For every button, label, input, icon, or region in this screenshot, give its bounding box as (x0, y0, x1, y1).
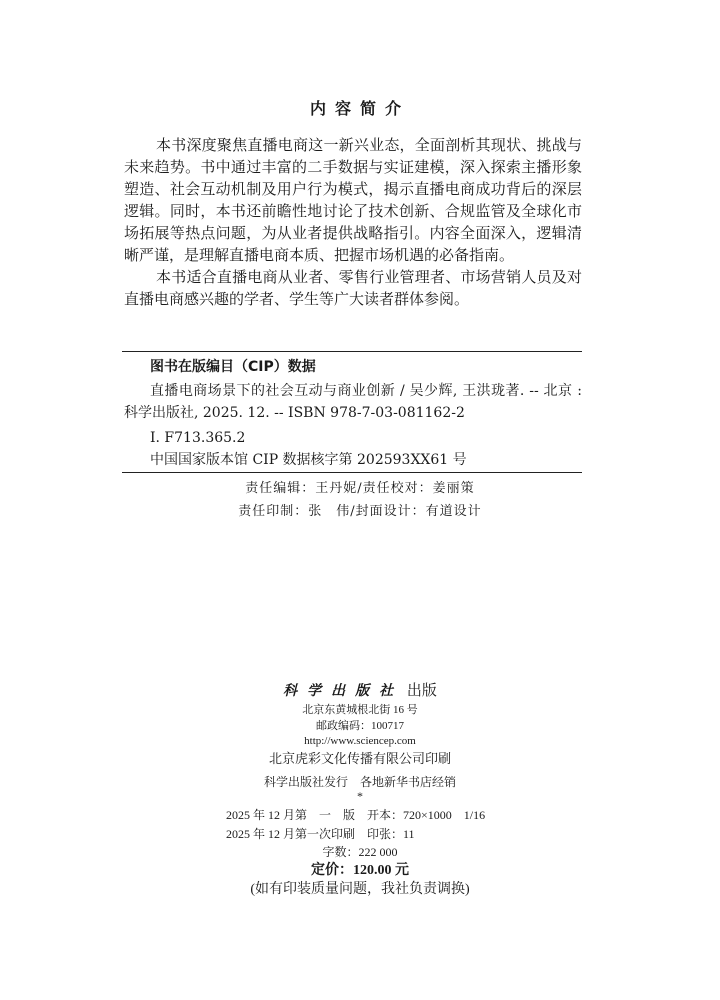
edition-info: 2025 年 12 月第 一 版 开本：720×1000 1/16 (226, 806, 526, 824)
postcode: 邮政编码：100717 (0, 718, 720, 734)
cip-entry: 直播电商场景下的社会互动与商业创新 / 吴少辉, 王洪珑著. -- 北京 : 科… (124, 380, 582, 424)
price: 定价：120.00 元 (0, 861, 720, 881)
cip-bottom-divider (122, 472, 582, 473)
publisher-website: http://www.sciencep.com (0, 733, 720, 749)
publisher-line: 科学出版社 出版 (0, 681, 720, 701)
cip-classification: Ⅰ. F713.365.2 (150, 428, 245, 448)
publisher-suffix: 出版 (407, 683, 437, 699)
cip-top-divider (122, 351, 582, 352)
cip-heading: 图书在版编目（CIP）数据 (150, 357, 316, 377)
printer: 北京虎彩文化传播有限公司印刷 (0, 750, 720, 768)
printing-info: 2025 年 12 月第一次印刷 印张：11 (226, 825, 526, 843)
section-title-intro: 内容简介 (0, 98, 720, 120)
publisher-logo: 科学出版社 (283, 683, 403, 699)
cip-verification-number: 中国国家版本馆 CIP 数据核字第 202593XX61 号 (150, 450, 467, 470)
intro-body: 本书深度聚焦直播电商这一新兴业态，全面剖析其现状、挑战与未来趋势。书中通过丰富的… (124, 134, 582, 310)
publisher-address: 北京东黄城根北街 16 号 (0, 702, 720, 718)
word-count: 字数：222 000 (0, 843, 720, 861)
production-credits: 责任印制：张 伟/封面设计：有道设计 (0, 502, 720, 522)
separator-star: * (0, 789, 720, 803)
intro-paragraph: 本书深度聚焦直播电商这一新兴业态，全面剖析其现状、挑战与未来趋势。书中通过丰富的… (124, 134, 582, 266)
return-note: (如有印装质量问题，我社负责调换) (0, 880, 720, 900)
editor-credits: 责任编辑：王丹妮/责任校对：姜丽策 (0, 479, 720, 499)
intro-paragraph: 本书适合直播电商从业者、零售行业管理者、市场营销人员及对直播电商感兴趣的学者、学… (124, 266, 582, 310)
